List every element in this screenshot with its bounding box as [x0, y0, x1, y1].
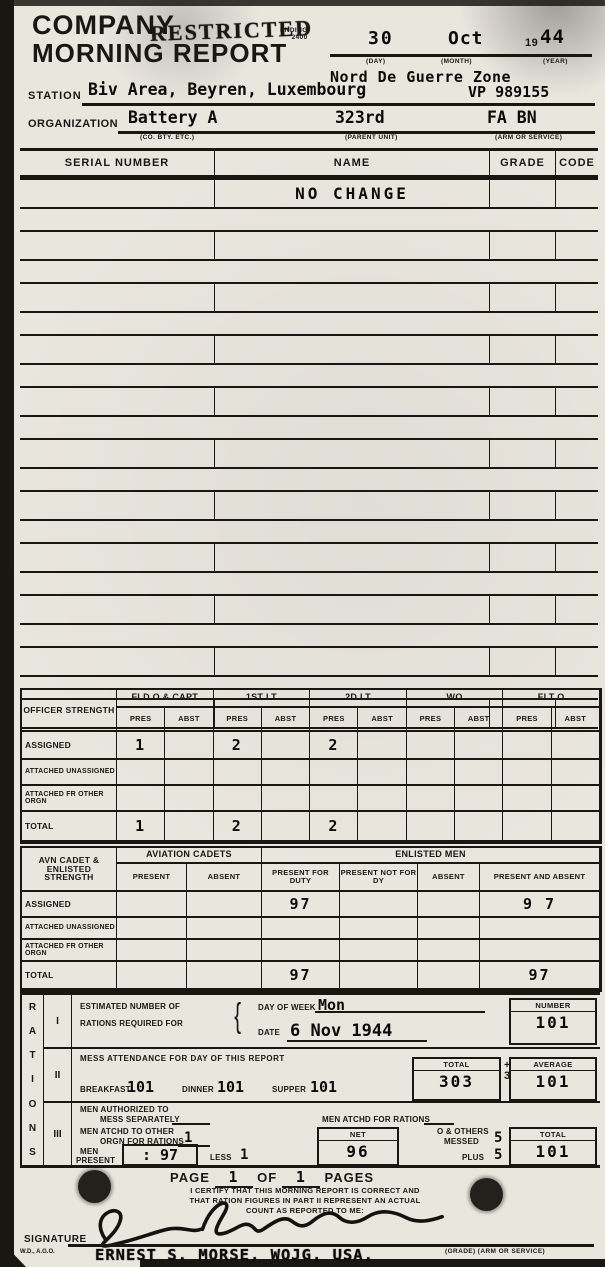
number-box-value: 101 [511, 1012, 595, 1032]
of-label: OF [257, 1170, 277, 1185]
enlisted-cell [480, 940, 600, 962]
rations-letter: A [29, 1026, 36, 1037]
officer-cell: 2 [310, 812, 358, 842]
form-id: W.D., A.G.O. [20, 1249, 55, 1255]
roster-cell-code [556, 544, 598, 571]
roster-row [20, 386, 598, 417]
mess-total-value: 303 [414, 1071, 499, 1091]
officer-cell [262, 732, 310, 760]
roster-cell-serial [20, 596, 215, 623]
officer-cell: 1 [117, 812, 165, 842]
enlisted-cell [187, 918, 262, 940]
enlisted-subheader: PRESENT [117, 864, 187, 892]
date-rule [330, 54, 592, 57]
org-arm-sublabel: (ARM OR SERVICE) [495, 134, 562, 141]
roster-cell-code [556, 648, 598, 675]
enlisted-cell [117, 940, 187, 962]
average-box-label: AVERAGE [511, 1059, 595, 1071]
organization-parent-field: 323rd [335, 108, 385, 127]
auth-mess-label-2: MESS SEPARATELY [100, 1115, 180, 1124]
officer-group-header: FLD O & CAPT [117, 690, 214, 708]
enlisted-strength-table: AVN CADET & ENLISTED STRENGTHAVIATION CA… [20, 846, 602, 992]
officer-subheader: PRES [214, 708, 262, 732]
roster-cell-name [215, 648, 490, 675]
officer-cell [503, 786, 551, 812]
roster-cell-name [215, 388, 490, 415]
officer-group-header: WO [407, 690, 504, 708]
officer-cell: 2 [214, 812, 262, 842]
enlisted-cell [117, 892, 187, 918]
scan-top-edge [0, 0, 605, 6]
rations-vertical-label: RATIONS [22, 995, 44, 1165]
net-box: NET 96 [317, 1127, 399, 1166]
roster-cell-grade [490, 388, 556, 415]
roster-header-serial: SERIAL NUMBER [20, 151, 215, 175]
officer-cell [455, 786, 503, 812]
officer-subheader: ABST [358, 708, 406, 732]
rations-section: RATIONS I II III ESTIMATED NUMBER OF RAT… [20, 992, 600, 1168]
enlisted-cell: 97 [262, 892, 340, 918]
roster-cell-serial [20, 336, 215, 363]
officer-cell [455, 732, 503, 760]
officer-cell [407, 732, 455, 760]
roster-cell-code [556, 336, 598, 363]
roster-header-code: CODE [556, 151, 598, 175]
rations-numerals: I II III [44, 995, 72, 1165]
day-rule [315, 1011, 485, 1013]
rations-numeral-3: III [44, 1101, 71, 1165]
roster-cell-code [556, 180, 598, 207]
rations-letter: T [29, 1050, 35, 1061]
officer-group-header: 1ST LT [214, 690, 311, 708]
punch-hole-right [470, 1178, 503, 1211]
roster-cell-code [556, 596, 598, 623]
month-sublabel: (MONTH) [441, 58, 472, 65]
men-present-box: : 97 [122, 1144, 198, 1166]
officer-cell [214, 786, 262, 812]
dinner-label: DINNER [182, 1085, 214, 1094]
less-field: 1 [240, 1147, 248, 1163]
enlisted-subheader: ABSENT [187, 864, 262, 892]
roster-cell-grade [490, 596, 556, 623]
atchd-other-label-1: MEN ATCHD TO OTHER [80, 1127, 174, 1136]
officer-cell [262, 760, 310, 786]
roster-rows: NO CHANGE [20, 178, 598, 729]
rations-letter: N [29, 1123, 36, 1134]
roster-cell-name [215, 284, 490, 311]
roster-cell-name [215, 596, 490, 623]
organization-unit-field: Battery A [128, 108, 217, 127]
officer-title: OFFICER STRENGTH [22, 690, 117, 732]
plus-field: 5 [494, 1147, 502, 1163]
mess-total-label: TOTAL [414, 1059, 499, 1071]
year-printed: 19 [525, 37, 538, 49]
rations-band-1: ESTIMATED NUMBER OF RATIONS REQUIRED FOR… [72, 995, 600, 1047]
officer-subheader: ABST [165, 708, 213, 732]
officer-cell [358, 732, 406, 760]
supper-field: 101 [310, 1078, 337, 1096]
roster-cell-name [215, 440, 490, 467]
estimated-label-1: ESTIMATED NUMBER OF [80, 1002, 180, 1011]
enlisted-cell [262, 940, 340, 962]
auth-mess-label-1: MEN AUTHORIZED TO [80, 1105, 169, 1114]
officer-cell [117, 760, 165, 786]
year-sublabel: (YEAR) [543, 58, 568, 65]
rations-band-2: MESS ATTENDANCE FOR DAY OF THIS REPORT B… [72, 1047, 600, 1101]
org-parent-sublabel: (PARENT UNIT) [345, 134, 398, 141]
officer-cell [503, 760, 551, 786]
enlisted-group-header: AVIATION CADETS [117, 848, 262, 864]
roster-cell-serial [20, 440, 215, 467]
officer-cell [214, 760, 262, 786]
station-coordinate: VP 989155 [468, 83, 549, 101]
rations-letter: S [29, 1147, 36, 1158]
roster-cell-serial [20, 388, 215, 415]
date-ii-label: DATE [258, 1028, 280, 1037]
enlisted-cell [187, 940, 262, 962]
roster-row [20, 490, 598, 521]
day-of-week-label: DAY OF WEEK [258, 1003, 316, 1012]
org-unit-sublabel: (CO. BTY. ETC.) [140, 134, 194, 141]
officer-cell [455, 812, 503, 842]
rations-letter: R [29, 1002, 36, 1013]
enlisted-row-label: TOTAL [22, 962, 117, 990]
dinner-field: 101 [217, 1078, 244, 1096]
roster-row [20, 230, 598, 261]
enlisted-subheader: ABSENT [418, 864, 480, 892]
others-messed-label-2: MESSED [444, 1137, 479, 1146]
morning-report-form: COMPANY MORNING REPORT RESTRICTED ENDING… [0, 0, 605, 1267]
officer-subheader: ABST [262, 708, 310, 732]
average-box-value: 101 [511, 1071, 595, 1091]
roster-cell-grade [490, 492, 556, 519]
roster-header-row: SERIAL NUMBER NAME GRADE CODE [20, 148, 598, 178]
officer-cell [165, 786, 213, 812]
officer-subheader: PRES [407, 708, 455, 732]
officer-cell [552, 732, 600, 760]
officer-cell: 2 [310, 732, 358, 760]
enlisted-cell [340, 940, 418, 962]
officer-cell [358, 786, 406, 812]
others-messed-label-1: O & OTHERS [437, 1127, 489, 1136]
officer-cell [165, 760, 213, 786]
number-box: NUMBER 101 [509, 998, 597, 1045]
breakfast-label: BREAKFAST [80, 1085, 131, 1094]
grade-arm-sublabel: (GRADE) (ARM OR SERVICE) [445, 1248, 545, 1255]
officer-group-header: FLT O [503, 690, 600, 708]
rations-total-value: 101 [511, 1141, 595, 1161]
date-year-field: 44 [540, 26, 565, 48]
enlisted-cell: 97 [262, 962, 340, 990]
number-box-label: NUMBER [511, 1000, 595, 1012]
enlisted-subheader: PRESENT NOT FOR DY [340, 864, 418, 892]
enlisted-cell: 9 7 [480, 892, 600, 918]
breakfast-field: 101 [127, 1078, 154, 1096]
rations-total-label: TOTAL [511, 1129, 595, 1141]
enlisted-cell [187, 962, 262, 990]
officer-cell [407, 812, 455, 842]
less-label: LESS [210, 1153, 232, 1162]
rations-numeral-2: II [44, 1047, 71, 1101]
roster-row [20, 646, 598, 677]
roster-cell-grade [490, 544, 556, 571]
officer-subheader: ABST [552, 708, 600, 732]
enlisted-cell [340, 918, 418, 940]
enlisted-cell [418, 940, 480, 962]
typed-name-field: ERNEST S. MORSE, WOJG, USA. [95, 1246, 374, 1264]
page-number-field: 1 [215, 1168, 253, 1188]
mess-attendance-label: MESS ATTENDANCE FOR DAY OF THIS REPORT [80, 1054, 285, 1063]
rations-letter: O [29, 1099, 37, 1110]
officer-cell [165, 732, 213, 760]
men-present-label-1: MEN [80, 1147, 98, 1156]
roster-cell-name [215, 492, 490, 519]
officer-row-label: ASSIGNED [22, 732, 117, 760]
enlisted-cell [418, 962, 480, 990]
supper-label: SUPPER [272, 1085, 306, 1094]
estimated-label-2: RATIONS REQUIRED FOR [80, 1019, 183, 1028]
roster-table: SERIAL NUMBER NAME GRADE CODE NO CHANGE [20, 148, 598, 750]
enlisted-cell [418, 918, 480, 940]
officer-cell [310, 760, 358, 786]
roster-cell-grade [490, 336, 556, 363]
enlisted-row-label: ASSIGNED [22, 892, 117, 918]
roster-cell-code [556, 284, 598, 311]
net-box-value: 96 [319, 1141, 397, 1161]
enlisted-cell [480, 918, 600, 940]
enlisted-title: AVN CADET & ENLISTED STRENGTH [22, 848, 117, 892]
net-box-label: NET [319, 1129, 397, 1141]
roster-cell-serial [20, 544, 215, 571]
roster-cell-serial [20, 232, 215, 259]
officer-cell [358, 812, 406, 842]
rations-numeral-1: I [44, 995, 71, 1047]
officer-row-label: TOTAL [22, 812, 117, 842]
roster-cell-serial [20, 648, 215, 675]
officer-cell [310, 786, 358, 812]
officer-cell [455, 760, 503, 786]
roster-cell-code [556, 492, 598, 519]
roster-row [20, 334, 598, 365]
officer-cell [407, 786, 455, 812]
roster-cell-code [556, 440, 598, 467]
brace-glyph: { [234, 997, 241, 1036]
roster-cell-grade [490, 232, 556, 259]
roster-row [20, 542, 598, 573]
average-box: AVERAGE 101 [509, 1057, 597, 1101]
roster-cell-grade [490, 284, 556, 311]
enlisted-row-label: ATTACHED UNASSIGNED [22, 918, 117, 940]
enlisted-cell [187, 892, 262, 918]
officer-subheader: PRES [117, 708, 165, 732]
officer-cell [552, 812, 600, 842]
men-present-label-2: PRESENT [76, 1156, 115, 1165]
officer-cell [503, 812, 551, 842]
officer-cell: 2 [214, 732, 262, 760]
officer-group-header: 2D LT [310, 690, 407, 708]
officer-subheader: ABST [455, 708, 503, 732]
officer-cell [117, 786, 165, 812]
roster-header-grade: GRADE [490, 151, 556, 175]
atchd-for-rations-label: MEN ATCHD FOR RATIONS [322, 1115, 430, 1124]
roster-cell-grade [490, 648, 556, 675]
officer-cell [503, 732, 551, 760]
roster-cell-name: NO CHANGE [215, 180, 490, 207]
enlisted-cell [340, 892, 418, 918]
officer-cell [552, 786, 600, 812]
rations-date-field: 6 Nov 1944 [290, 1021, 392, 1041]
enlisted-group-header: ENLISTED MEN [262, 848, 600, 864]
organization-arm-field: FA BN [487, 108, 537, 127]
roster-cell-name [215, 544, 490, 571]
roster-row: NO CHANGE [20, 178, 598, 209]
roster-cell-grade [490, 440, 556, 467]
date-day-field: 30 [368, 28, 394, 49]
enlisted-cell [418, 892, 480, 918]
others-messed-field: 5 [494, 1130, 502, 1146]
auth-mess-blank [172, 1115, 210, 1125]
organization-label: ORGANIZATION [28, 118, 118, 130]
scan-left-edge [0, 0, 14, 1267]
ending-label-line2: 2400 [280, 34, 308, 41]
officer-cell [358, 760, 406, 786]
officer-cell [407, 760, 455, 786]
rations-band-3: MEN AUTHORIZED TO MESS SEPARATELY MEN AT… [72, 1101, 600, 1165]
roster-cell-grade [490, 180, 556, 207]
enlisted-cell: 97 [480, 962, 600, 990]
page-label: PAGE [170, 1170, 210, 1185]
roster-row [20, 438, 598, 469]
date-month-field: Oct [448, 28, 484, 49]
station-label: STATION [28, 90, 82, 102]
date-ii-rule [287, 1040, 427, 1042]
roster-cell-serial [20, 492, 215, 519]
roster-row [20, 594, 598, 625]
officer-row-label: ATTACHED FR OTHER ORGN [22, 786, 117, 812]
officer-strength-table: OFFICER STRENGTHFLD O & CAPT1ST LT2D LTW… [20, 688, 602, 844]
enlisted-cell [340, 962, 418, 990]
officer-cell: 1 [117, 732, 165, 760]
officer-cell [262, 812, 310, 842]
roster-row [20, 282, 598, 313]
roster-cell-name [215, 232, 490, 259]
roster-cell-serial [20, 284, 215, 311]
roster-header-name: NAME [215, 151, 490, 175]
enlisted-cell [262, 918, 340, 940]
roster-cell-serial [20, 180, 215, 207]
rations-letter: I [31, 1074, 34, 1085]
rations-total-box: TOTAL 101 [509, 1127, 597, 1166]
station-field: Biv Area, Beyren, Luxembourg [88, 80, 366, 99]
station-rule [82, 103, 595, 106]
plus-label: PLUS [462, 1153, 484, 1162]
officer-cell [262, 786, 310, 812]
enlisted-subheader: PRESENT AND ABSENT [480, 864, 600, 892]
officer-cell [165, 812, 213, 842]
mess-total-box: TOTAL 303 [412, 1057, 501, 1101]
enlisted-subheader: PRESENT FOR DUTY [262, 864, 340, 892]
officer-subheader: PRES [310, 708, 358, 732]
atchd-for-rations-blank [424, 1115, 454, 1125]
day-sublabel: (DAY) [366, 58, 385, 65]
enlisted-cell [117, 918, 187, 940]
roster-cell-name [215, 336, 490, 363]
officer-row-label: ATTACHED UNASSIGNED [22, 760, 117, 786]
roster-cell-code [556, 232, 598, 259]
ending-label-line1: ENDING [280, 27, 308, 34]
roster-cell-code [556, 388, 598, 415]
enlisted-cell [117, 962, 187, 990]
officer-subheader: PRES [503, 708, 551, 732]
enlisted-row-label: ATTACHED FR OTHER ORGN [22, 940, 117, 962]
officer-cell [552, 760, 600, 786]
